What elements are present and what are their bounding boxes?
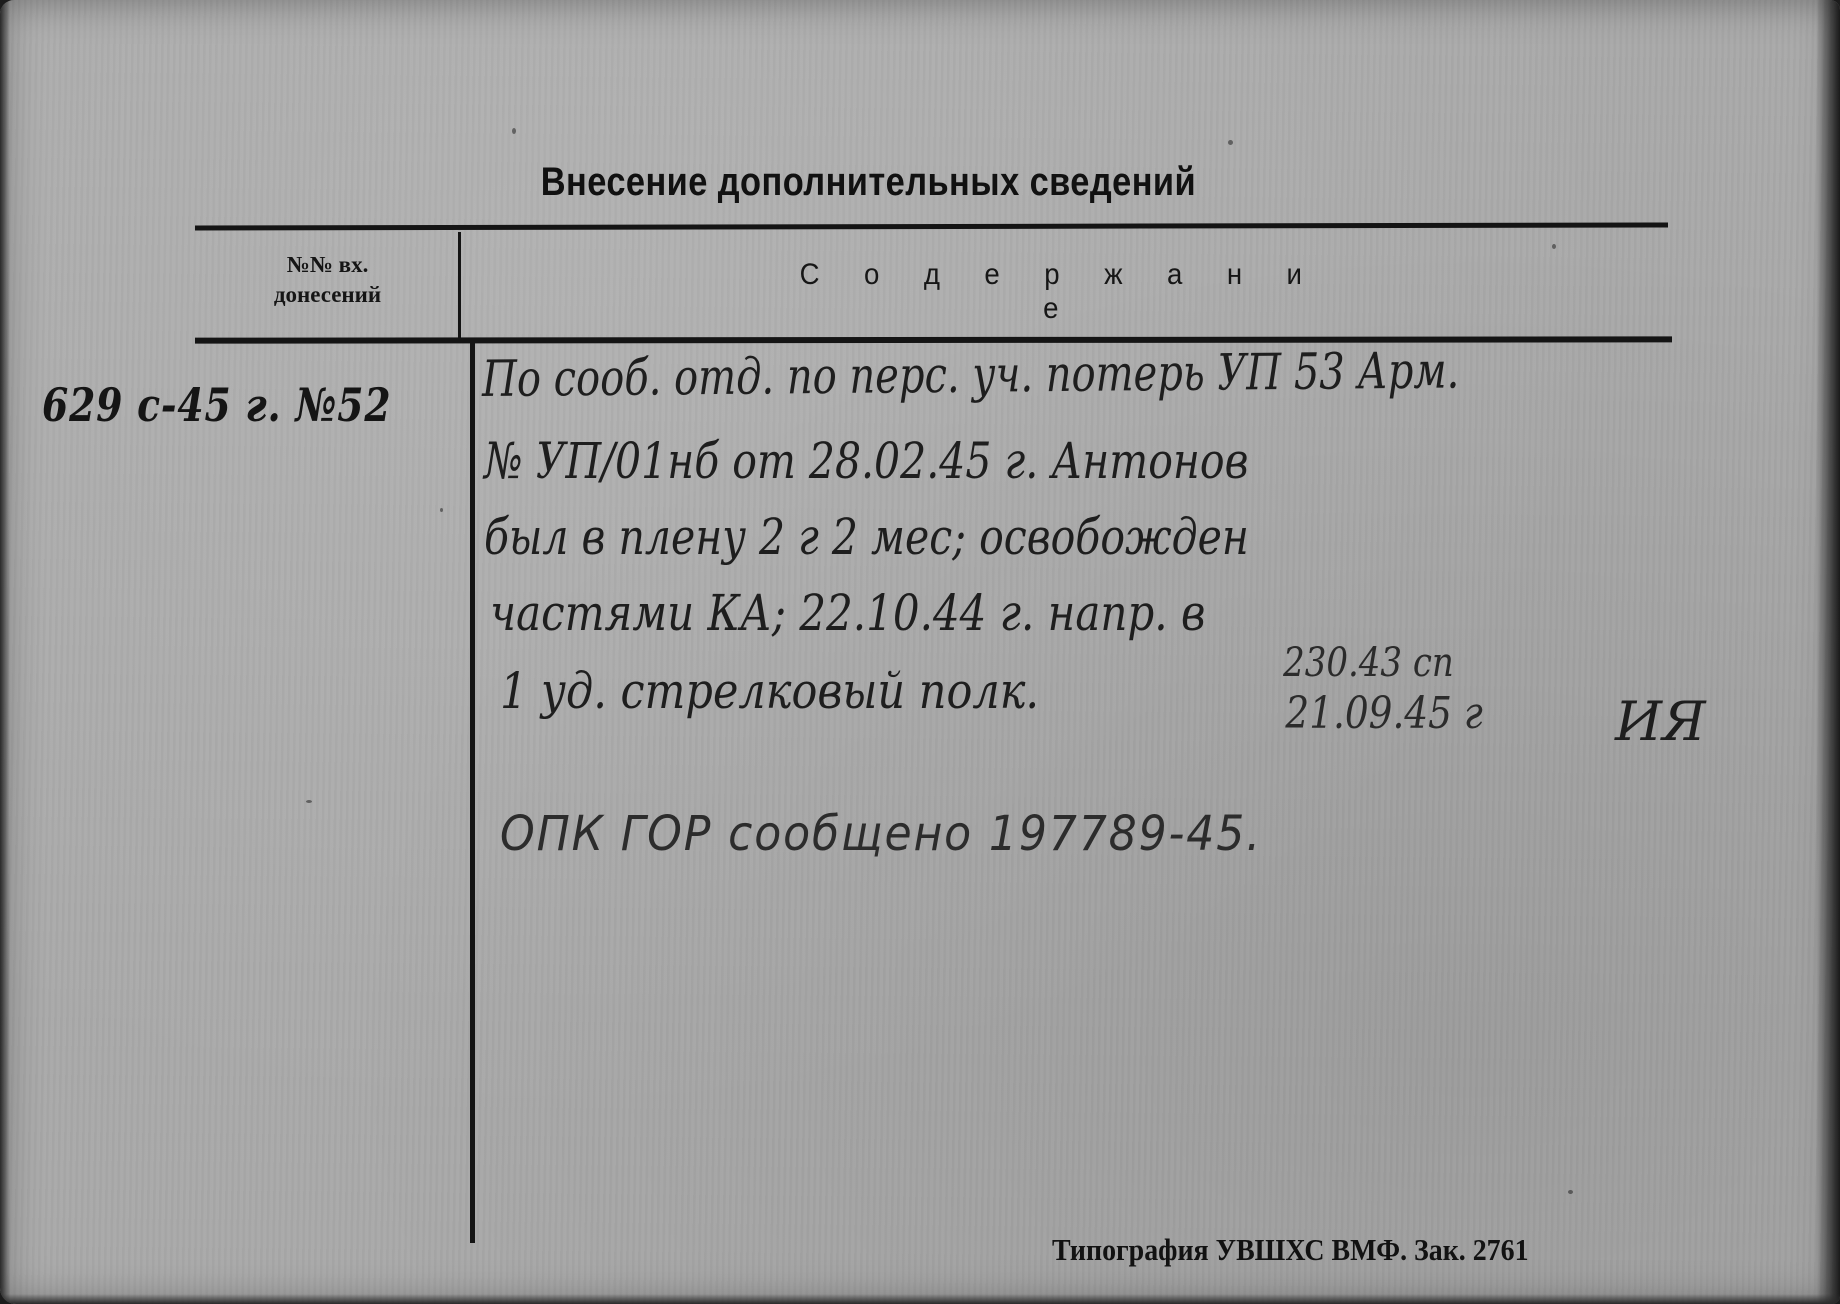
printer-imprint: Типография УВШХС ВМФ. Зак. 2761 xyxy=(1052,1232,1529,1268)
content-line-2: № УП/01нб от 28.02.45 г. Антонов xyxy=(484,432,1248,490)
column-header-line-2: донесений xyxy=(200,280,455,310)
scan-edge-left xyxy=(0,0,10,1304)
annotation-initials: ИЯ xyxy=(1615,690,1706,753)
column-header-line-1: №№ вх. xyxy=(200,250,455,280)
paper-speck xyxy=(440,508,443,512)
header-column-divider xyxy=(458,232,461,338)
scan-edge-bottom xyxy=(0,1294,1840,1304)
column-header-content: С о д е р ж а н и е xyxy=(784,258,1336,326)
note-line-pencil: ОПК ГОР сообщено 197789-45. xyxy=(500,806,1262,862)
body-column-divider xyxy=(470,343,475,1243)
content-line-4: частями КА; 22.10.44 г. напр. в xyxy=(490,584,1205,642)
content-line-3: был в плену 2 г 2 мес; освобожден xyxy=(484,508,1249,566)
form-title: Внесение дополнительных сведений xyxy=(490,160,1247,205)
paper-speck xyxy=(1552,244,1556,249)
paper-speck xyxy=(1228,140,1233,145)
content-line-1: По сооб. отд. по перс. уч. потерь УП 53 … xyxy=(482,341,1460,408)
column-header-report-numbers: №№ вх. донесений xyxy=(200,250,455,310)
entry-number-handwritten: 629 с-45 г. №52 xyxy=(42,378,391,432)
paper-speck xyxy=(512,128,516,134)
annotation-regiment: 230.43 сп xyxy=(1283,640,1454,686)
scan-edge-right xyxy=(1816,0,1840,1304)
paper-speck xyxy=(1568,1190,1573,1194)
table-top-rule xyxy=(195,222,1668,230)
archive-card: Внесение дополнительных сведений №№ вх. … xyxy=(0,0,1840,1304)
paper-speck xyxy=(306,800,312,803)
annotation-date: 21.09.45 г xyxy=(1285,688,1482,739)
content-line-5: 1 уд. стрелковый полк. xyxy=(500,662,1039,720)
